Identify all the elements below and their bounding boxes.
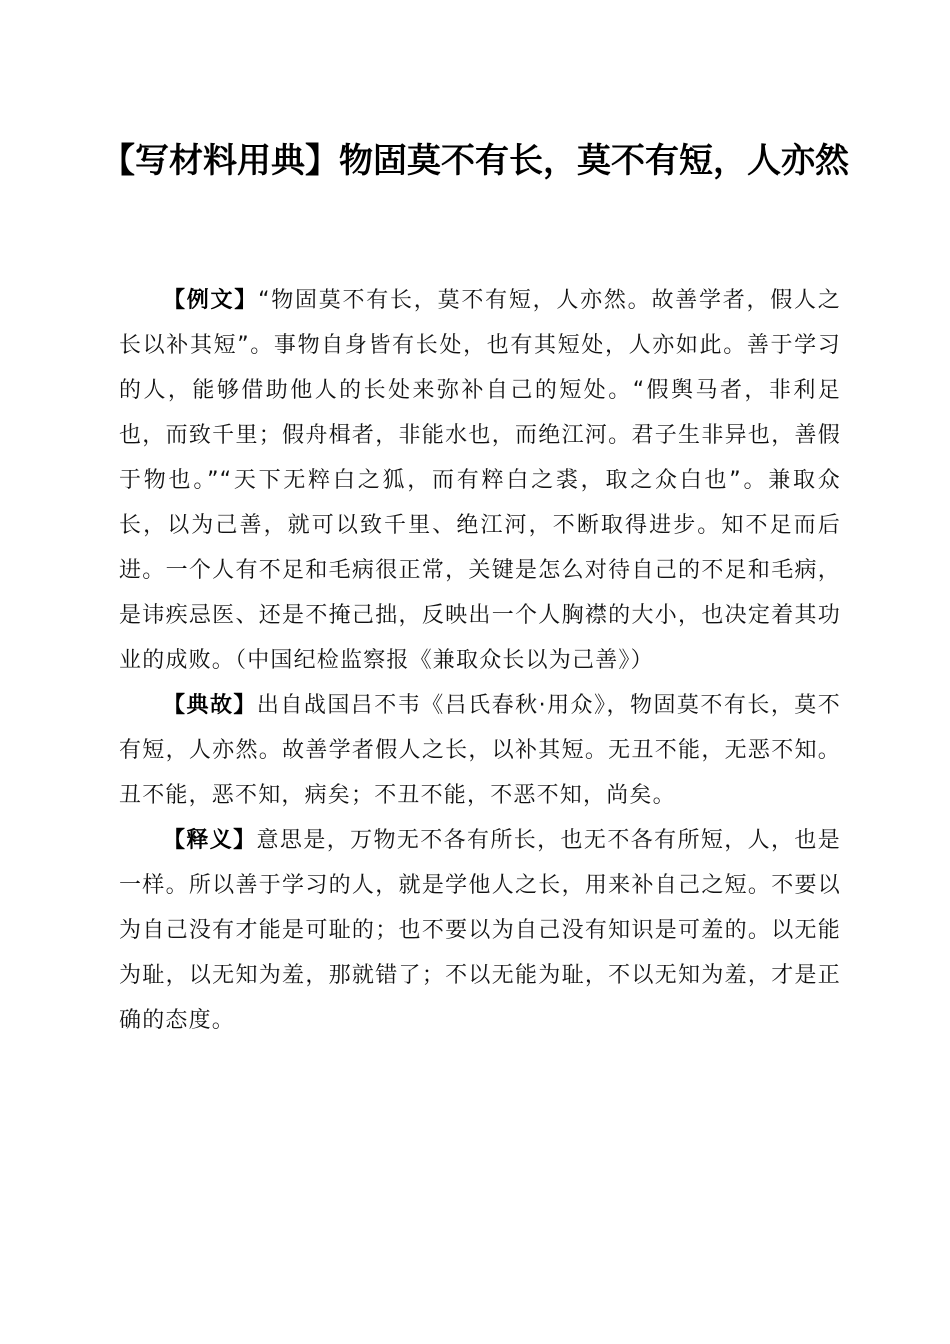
paragraph-interpretation: 【释义】意思是，万物无不各有所长，也无不各有所短，人，也是一样。所以善于学习的人… xyxy=(119,818,841,1043)
paragraph-allusion: 【典故】出自战国吕不韦《吕氏春秋·用众》，物固莫不有长，莫不有短，人亦然。故善学… xyxy=(119,683,841,818)
document-body: 【例文】“物固莫不有长，莫不有短，人亦然。故善学者，假人之长以补其短”。事物自身… xyxy=(119,278,841,1043)
paragraph-text: 意思是，万物无不各有所长，也无不各有所短，人，也是一样。所以善于学习的人，就是学… xyxy=(119,828,841,1033)
document-page: 【写材料用典】物固莫不有长，莫不有短，人亦然 【例文】“物固莫不有长，莫不有短，… xyxy=(0,0,950,1344)
paragraph-label: 【例文】 xyxy=(163,288,258,313)
paragraph-text: “物固莫不有长，莫不有短，人亦然。故善学者，假人之长以补其短”。事物自身皆有长处… xyxy=(119,288,841,673)
document-title: 【写材料用典】物固莫不有长，莫不有短，人亦然 xyxy=(100,138,850,184)
paragraph-example: 【例文】“物固莫不有长，莫不有短，人亦然。故善学者，假人之长以补其短”。事物自身… xyxy=(119,278,841,683)
paragraph-label: 【典故】 xyxy=(163,693,257,718)
paragraph-label: 【释义】 xyxy=(163,828,257,853)
